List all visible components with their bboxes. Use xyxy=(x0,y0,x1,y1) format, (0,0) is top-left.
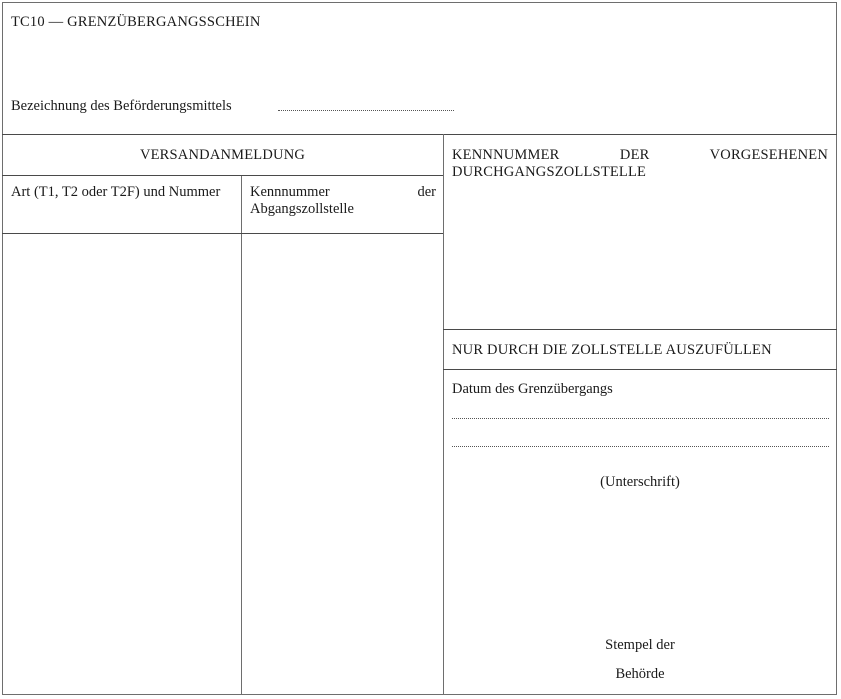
divider-left-columns xyxy=(241,175,242,695)
date-label: Datum des Grenzübergangs xyxy=(452,380,613,398)
date-field[interactable] xyxy=(452,418,829,419)
divider-top-section xyxy=(2,134,837,135)
signature-field[interactable] xyxy=(452,446,829,447)
divider-col-headers xyxy=(2,233,443,234)
signature-label: (Unterschrift) xyxy=(443,473,837,491)
transport-label: Bezeichnung des Beförderungsmittels xyxy=(11,97,232,115)
field-art-nummer[interactable] xyxy=(3,235,240,694)
divider-right-column xyxy=(443,134,444,695)
stamp-label-line1: Stempel der xyxy=(443,636,837,654)
transport-field[interactable] xyxy=(278,110,454,111)
divider-customs-heading-bottom xyxy=(443,369,837,370)
versandanmeldung-heading: VERSANDANMELDUNG xyxy=(2,146,443,164)
customs-only-heading: NUR DURCH DIE ZOLLSTELLE AUSZUFÜLLEN xyxy=(452,341,772,359)
divider-versand-heading xyxy=(2,175,443,176)
divider-customs-heading-top xyxy=(443,329,837,330)
field-abgangszollstelle[interactable] xyxy=(243,235,442,694)
col-header-abgangszollstelle: Kennnummer der Abgangszollstelle xyxy=(250,184,436,218)
form-title: TC10 — GRENZÜBERGANGSSCHEIN xyxy=(11,13,261,31)
stamp-label-line2: Behörde xyxy=(443,665,837,683)
col-header-art-nummer: Art (T1, T2 oder T2F) und Nummer xyxy=(11,184,233,201)
field-transit-office[interactable] xyxy=(445,190,836,327)
transit-office-heading: KENNNUMMER DER VORGESEHENEN DURCHGANGSZO… xyxy=(452,147,828,181)
